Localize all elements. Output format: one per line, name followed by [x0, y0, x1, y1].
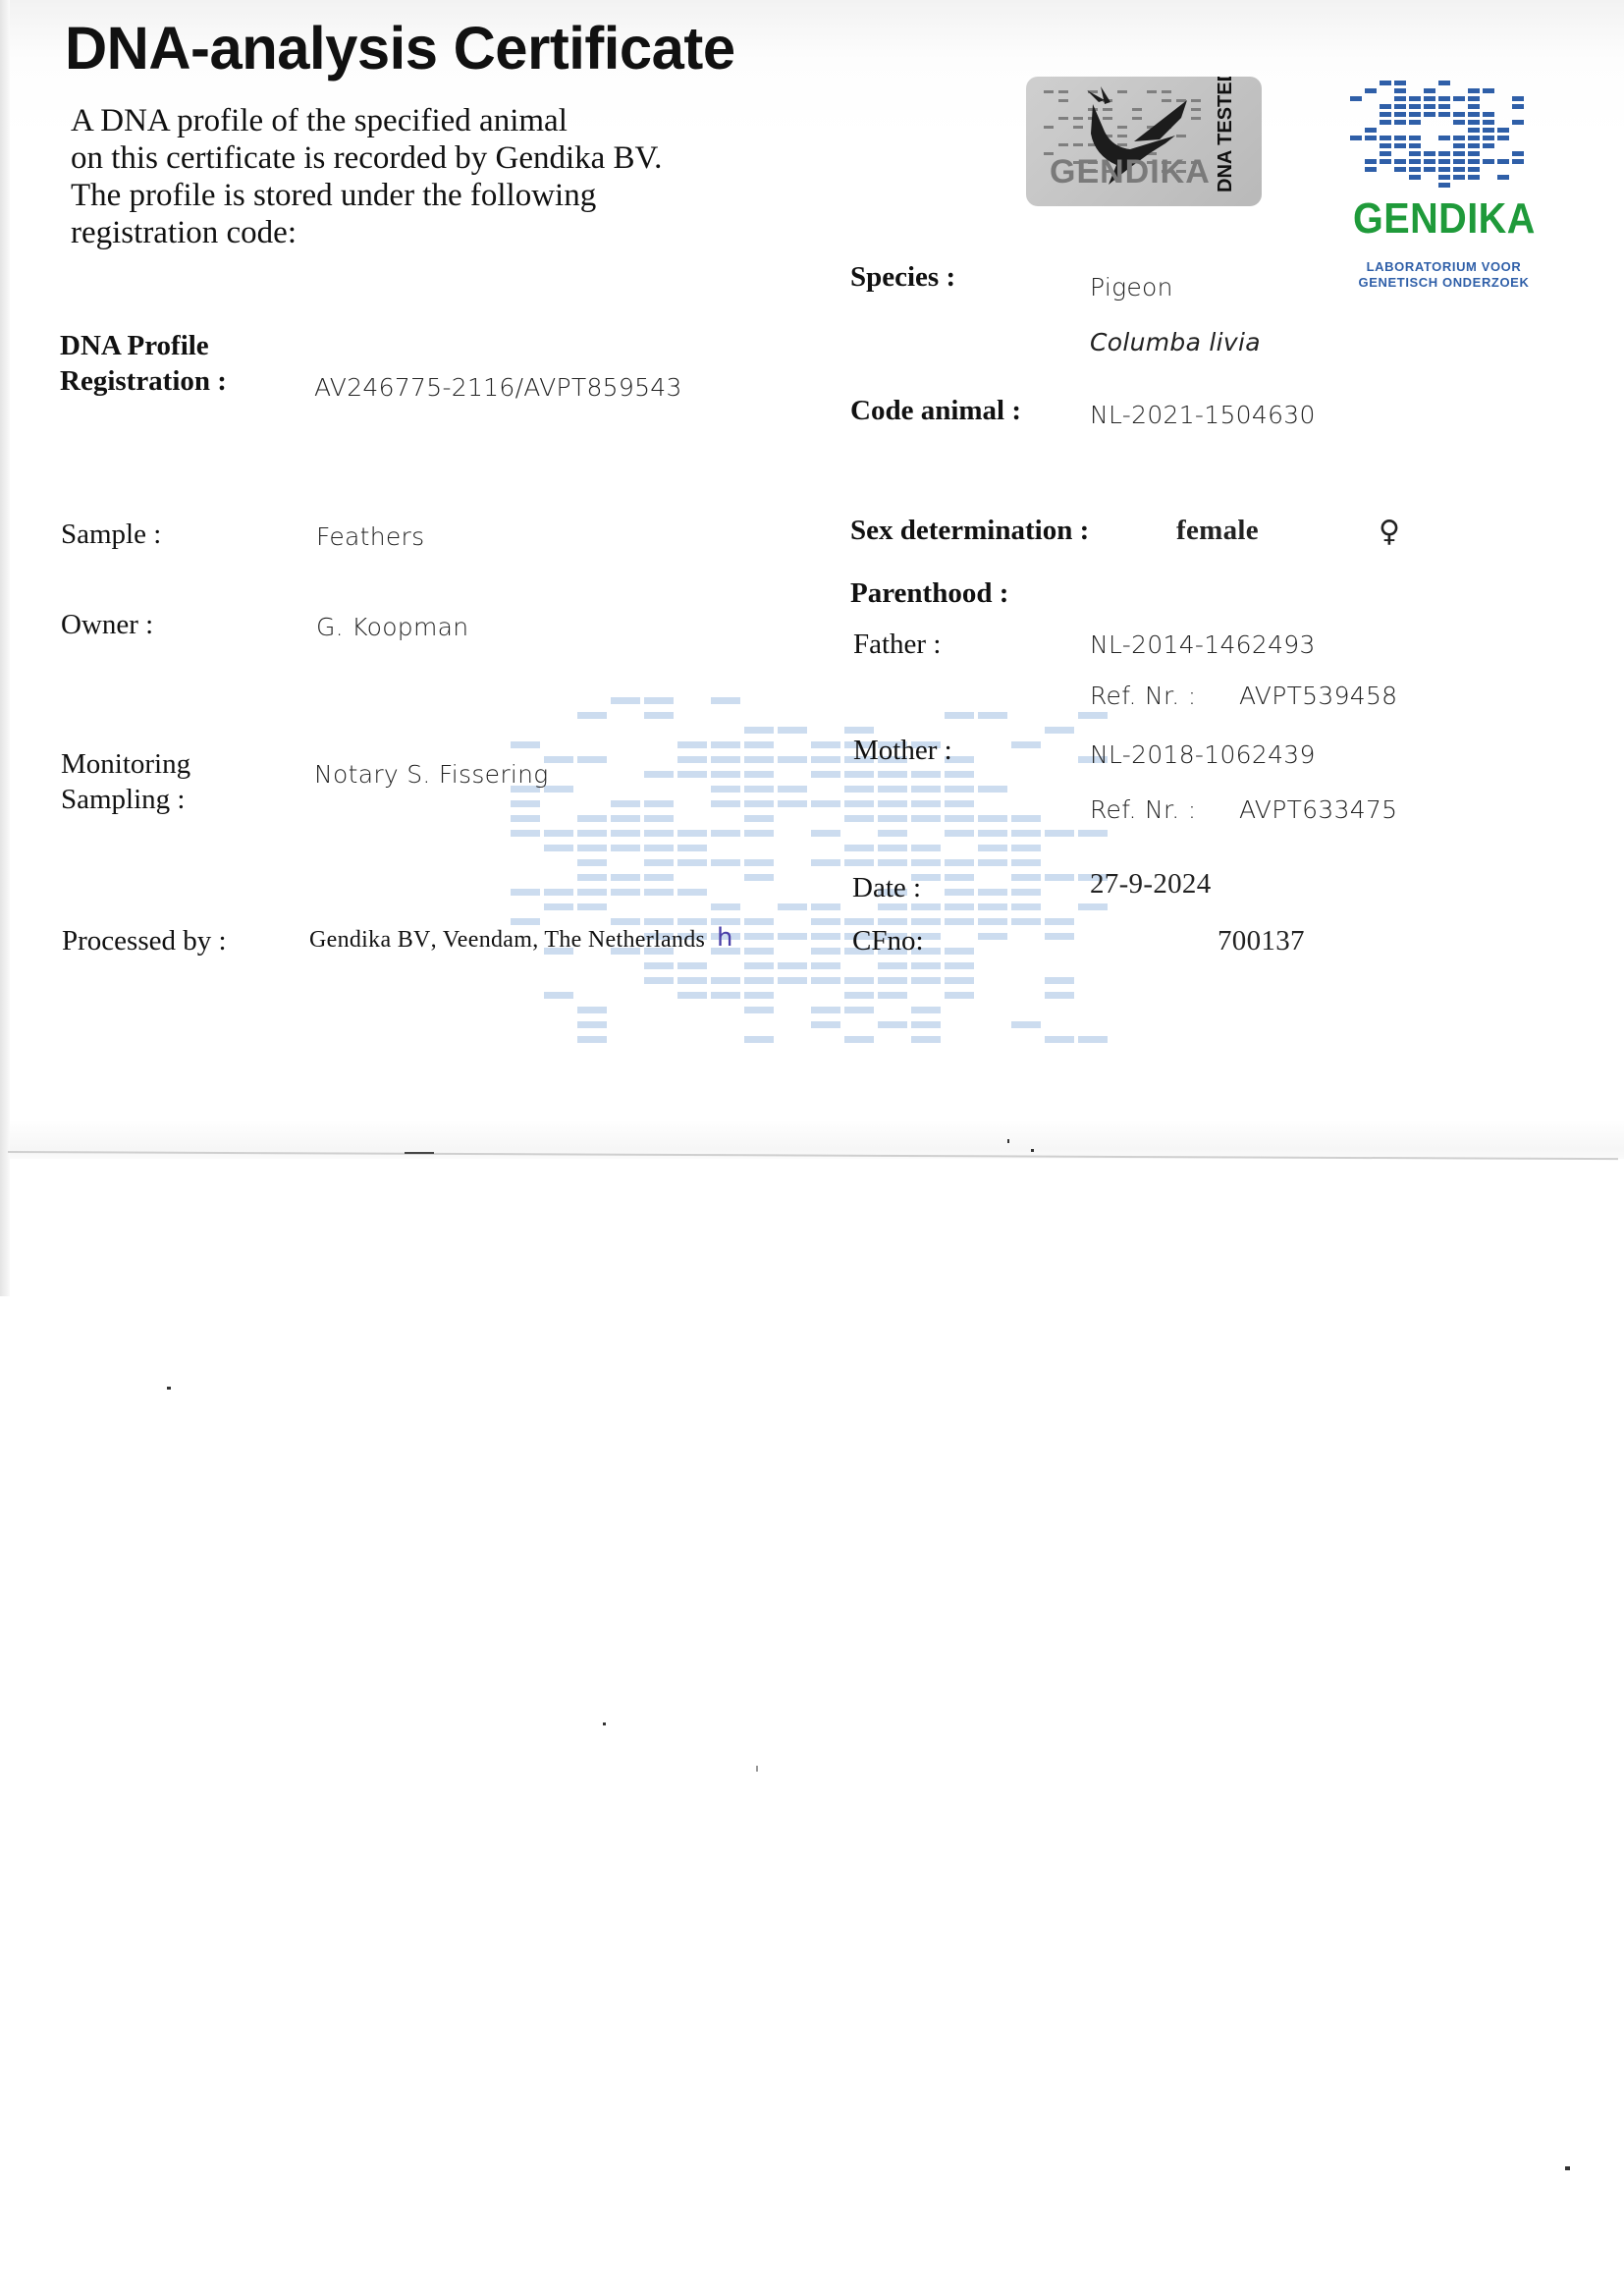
code-animal-value: NL-2021-1504630 [1090, 401, 1316, 429]
brand-subtitle: LABORATORIUM VOOR GENETISCH ONDERZOEK [1353, 259, 1535, 291]
species-latin: Columba livia [1090, 328, 1261, 356]
father-label: Father : [853, 629, 941, 661]
date-label: Date : [852, 872, 921, 904]
female-symbol-icon: ♀ [1379, 515, 1400, 549]
cfno-value: 700137 [1218, 925, 1305, 957]
fold-mark [405, 1152, 434, 1154]
stamp-dna-tested: DNA TESTED [1215, 77, 1237, 192]
sex-label: Sex determination : [850, 515, 1089, 547]
brand-subtitle-line: LABORATORIUM VOOR [1353, 259, 1535, 275]
intro-line: A DNA profile of the specified animal [71, 102, 662, 139]
processed-by-location: , Veendam, The Netherlands [431, 927, 706, 953]
dna-watermark-icon [511, 697, 1119, 1051]
mother-label: Mother : [853, 735, 952, 767]
processed-by-company: Gendika BV [309, 927, 431, 953]
processed-by-value: Gendika BV, Veendam, The Netherlands [309, 927, 705, 954]
monitoring-label-1: Monitoring [61, 748, 190, 781]
species-label: Species : [850, 261, 955, 294]
father-ref-label: Ref. Nr. : [1090, 682, 1197, 710]
scan-speck [1565, 2166, 1570, 2170]
mother-ref-label: Ref. Nr. : [1090, 795, 1197, 824]
scan-speck [603, 1722, 606, 1725]
mother-value: NL-2018-1062439 [1090, 740, 1316, 769]
brand-name: GENDIKA [1353, 194, 1536, 244]
intro-line: on this certificate is recorded by Gendi… [71, 139, 662, 177]
parenthood-label: Parenthood : [850, 577, 1008, 610]
registration-label-1: DNA Profile [60, 330, 209, 362]
cfno-label: CFno: [852, 925, 924, 957]
registration-label-2: Registration : [60, 365, 227, 398]
scan-speck [1007, 1139, 1009, 1143]
owner-label: Owner : [61, 609, 153, 641]
code-animal-label: Code animal : [850, 395, 1021, 427]
intro-line: registration code: [71, 214, 662, 251]
gendika-logo-icon [1350, 81, 1527, 189]
sample-value: Feathers [316, 522, 424, 551]
monitoring-label-2: Sampling : [61, 784, 185, 816]
stamp-brand: GENDIKA [1050, 153, 1211, 191]
monitoring-value: Notary S. Fissering [314, 760, 549, 789]
mother-ref-value: AVPT633475 [1239, 795, 1397, 824]
scan-speck [167, 1387, 171, 1390]
sex-value: female [1176, 515, 1259, 547]
owner-value: G. Koopman [316, 613, 468, 641]
dna-tested-stamp: GENDIKA DNA TESTED [1026, 77, 1262, 206]
document-title: DNA-analysis Certificate [65, 14, 735, 82]
scan-edge-shadow [0, 0, 10, 1296]
registration-value: AV246775-2116/AVPT859543 [314, 373, 682, 402]
brand-subtitle-line: GENETISCH ONDERZOEK [1353, 275, 1535, 291]
scan-speck [1031, 1149, 1034, 1152]
father-ref-value: AVPT539458 [1239, 682, 1397, 710]
species-common: Pigeon [1090, 273, 1173, 301]
father-value: NL-2014-1462493 [1090, 630, 1316, 659]
intro-text: A DNA profile of the specified animal on… [71, 102, 662, 251]
intro-line: The profile is stored under the followin… [71, 177, 662, 214]
processed-by-label: Processed by : [62, 925, 227, 957]
date-value: 27-9-2024 [1090, 868, 1212, 901]
handwritten-initial: h [717, 923, 732, 953]
sample-label: Sample : [61, 519, 161, 551]
scan-speck [756, 1766, 758, 1772]
